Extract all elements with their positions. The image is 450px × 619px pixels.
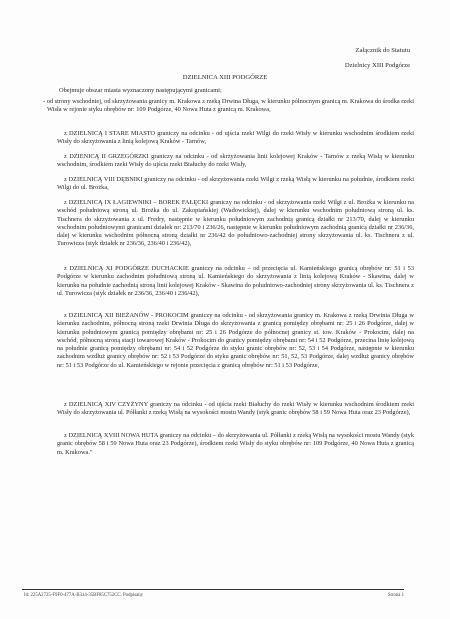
document-page: Załącznik do Statutu Dzielnicy XIII Podg…: [0, 0, 450, 619]
segment-text: z DZIENICĄ II GRZEGÓRZKI graniczy na odc…: [57, 153, 414, 170]
segment-nowa-huta: z DZIELNICĄ XVIII NOWA HUTA graniczy na …: [42, 432, 414, 457]
segment-debniki: z DZIELNICĄ VIII DĘBNIKI graniczy na odc…: [42, 176, 414, 193]
east-boundary-text: - od strony wschodniej, od skrzyżowania …: [47, 98, 414, 115]
segment-czyzyny: z DZIELNICĄ XIV CZYŻYNY graniczy na odci…: [42, 401, 414, 418]
segment-grzegorzki: z DZIENICĄ II GRZEGÓRZKI graniczy na odc…: [42, 153, 414, 170]
intro-text: Obejmuje obszar miasta wyznaczony następ…: [59, 87, 222, 94]
segment-lagiewniki: z DZIELNICĄ IX ŁAGIEWNIKI – BOREK FAŁĘCK…: [42, 199, 414, 249]
segment-stare-miasto: z DZIELNICĄ I STARE MIASTO graniczy na o…: [42, 130, 414, 147]
segment-text: z DZIELNICĄ XI PODGÓRZE DUCHACKIE granic…: [57, 265, 414, 298]
segment-podgorze-duchackie: z DZIELNICĄ XI PODGÓRZE DUCHACKIE granic…: [42, 265, 414, 298]
segment-text: z DZIELNICĄ XVIII NOWA HUTA graniczy na …: [57, 432, 414, 457]
segment-text: z DZIELNICĄ IX ŁAGIEWNIKI – BOREK FAŁĘCK…: [57, 199, 414, 249]
document-title: DZIELNICA XIII PODGÓRZE: [0, 74, 450, 81]
annex-label: Załącznik do Statutu: [355, 48, 410, 55]
east-boundary-paragraph: - od strony wschodniej, od skrzyżowania …: [42, 98, 414, 115]
footer-divider: [22, 589, 404, 590]
footer-document-id: Id: 225A2725-F9F0-477A-B314-35BF85C752CC…: [24, 593, 143, 598]
segment-text: z DZIELNICĄ XII BIEŻANÓW - PROKOCIM gran…: [57, 312, 414, 370]
annex-district: Dzielnicy XIII Podgórze: [345, 63, 410, 70]
segment-text: z DZIELNICĄ I STARE MIASTO graniczy na o…: [57, 130, 414, 147]
segment-biezanow-prokocim: z DZIELNICĄ XII BIEŻANÓW - PROKOCIM gran…: [42, 312, 414, 370]
segment-text: z DZIELNICĄ XIV CZYŻYNY graniczy na odci…: [57, 401, 414, 418]
footer-page-number: Strona 1: [388, 593, 404, 598]
segment-text: z DZIELNICĄ VIII DĘBNIKI graniczy na odc…: [57, 176, 414, 193]
